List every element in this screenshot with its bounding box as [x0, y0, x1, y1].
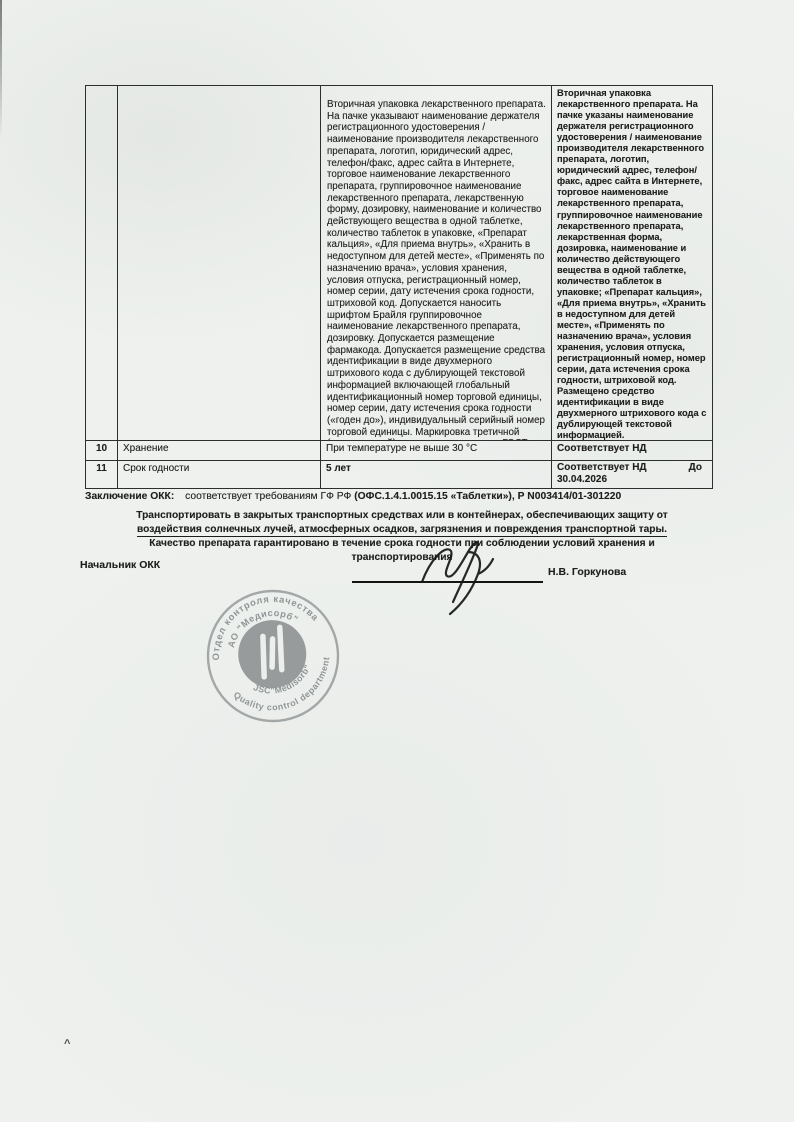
analysis-table: Вторичная упаковка лекарственного препар…: [85, 85, 713, 489]
scan-edge-artifact: [0, 0, 2, 140]
table-row11-status: Соответствует НД До 30.04.2026: [552, 461, 712, 488]
medisorb-quality-stamp: Отдел контроля качества АО "Медисорб" JS…: [194, 582, 352, 734]
table-cell-empty-label: [118, 86, 321, 441]
transport-line1: Транспортировать в закрытых транспортных…: [118, 509, 686, 523]
table-cell-packaging-requirement: Вторичная упаковка лекарственного препар…: [321, 86, 552, 441]
table-row10-label: Хранение: [118, 441, 321, 461]
okk-conclusion-reference: (ОФС.1.4.1.0015.15 «Таблетки»), Р N00341…: [354, 491, 621, 502]
okk-conclusion-label: Заключение ОКК:: [85, 491, 174, 502]
table-row11-label: Срок годности: [118, 461, 321, 488]
table-row10-status: Соответствует НД: [552, 441, 712, 461]
signer-name: Н.В. Горкунова: [548, 566, 626, 578]
signer-role: Начальник ОКК: [80, 559, 160, 571]
table-row11-status-date: 30.04.2026: [552, 474, 712, 486]
table-cell-packaging-result: Вторичная упаковка лекарственного препар…: [552, 86, 712, 441]
table-row11-status-until: До: [689, 462, 702, 474]
table-row11-value: 5 лет: [321, 461, 552, 488]
okk-conclusion: Заключение ОКК: соответствует требования…: [85, 490, 715, 503]
handwritten-signature: [400, 526, 540, 621]
scanned-document-page: Вторичная упаковка лекарственного препар…: [0, 0, 794, 1122]
table-cell-empty-num: [86, 86, 118, 441]
okk-conclusion-text: соответствует требованиям ГФ РФ: [185, 491, 351, 502]
table-row11-num: 11: [86, 461, 118, 488]
table-row11-status-text: Соответствует НД: [557, 462, 647, 474]
table-row10-value: При температуре не выше 30 °С: [321, 441, 552, 461]
table-row10-num: 10: [86, 441, 118, 461]
stray-scan-mark: ^: [64, 1038, 70, 1050]
